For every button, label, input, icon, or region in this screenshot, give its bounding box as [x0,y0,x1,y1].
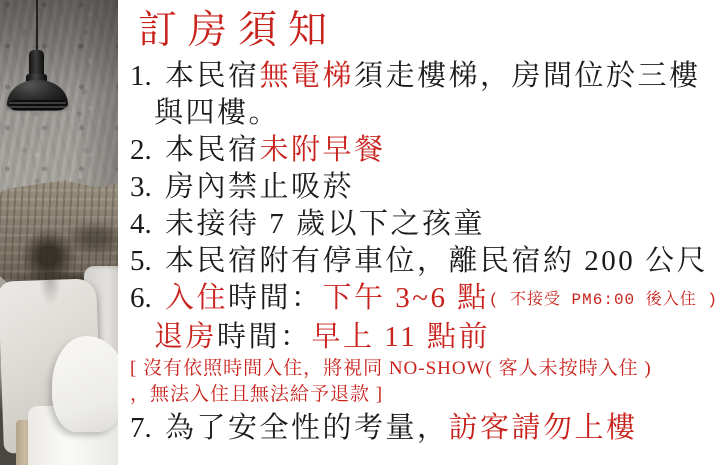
rule-5: 5.本民宿附有停車位，離民宿約 200 公尺 [130,243,720,280]
notice-title: 訂房須知 [138,6,720,56]
rule-2-highlight: 未附早餐 [260,134,386,166]
rule-6-number: 6. [130,280,154,317]
rule-7-highlight: 訪客請勿上樓 [449,412,638,444]
rule-1-text-2: 須走樓梯，房間位於三樓 [354,60,701,92]
rule-5-number: 5. [130,243,154,280]
rule-6-checkout-label: 退房 [154,321,217,353]
rule-6-late-note: ( 不接受 PM6:00 後入住 ) [489,291,718,309]
rule-7-number: 7. [130,408,154,448]
front-pillow [52,336,118,432]
booking-notice-page: 訂房須知 1.本民宿無電梯須走樓梯，房間位於三樓 與四樓。 2.本民宿未附早餐 … [0,0,720,465]
rule-3: 3.房內禁止吸菸 [130,169,720,206]
rule-2-number: 2. [130,132,154,169]
rule-3-number: 3. [130,169,154,206]
no-show-note-line-1: [ 沒有依照時間入住，將視同 NO-SHOW( 客人未按時入住 ) [130,356,720,382]
rule-5-text: 本民宿附有停車位，離民宿約 200 公尺 [165,245,708,277]
rule-6-checkout-hours: 早上 11 點前 [312,321,490,353]
pendant-lamp-rim [9,100,66,111]
pendant-lamp-cord [36,0,38,56]
notice-content: 訂房須知 1.本民宿無電梯須走樓梯，房間位於三樓 與四樓。 2.本民宿未附早餐 … [122,0,720,465]
rule-4-text: 未接待 7 歲以下之孩童 [165,208,485,240]
rule-2: 2.本民宿未附早餐 [130,132,720,169]
rule-1-number: 1. [130,58,154,95]
rule-1: 1.本民宿無電梯須走樓梯，房間位於三樓 [130,58,720,95]
rule-6: 6.入住時間：下午 3~6 點( 不接受 PM6:00 後入住 ) [130,280,720,319]
rule-3-text: 房內禁止吸菸 [165,171,354,203]
rule-4-number: 4. [130,206,154,243]
rule-1-continued-text: 與四樓。 [154,97,280,129]
rule-6-time-label: 時間： [228,282,323,314]
rule-2-text: 本民宿 [165,134,260,166]
rule-6-checkout: 退房時間：早上 11 點前 [130,319,720,356]
rule-1-highlight: 無電梯 [260,60,355,92]
no-show-note-text-1: [ 沒有依照時間入住，將視同 NO-SHOW( 客人未按時入住 ) [130,358,652,379]
rule-1-text: 本民宿 [165,60,260,92]
rule-1-continued: 與四樓。 [130,95,720,132]
rule-7: 7.為了安全性的考量，訪客請勿上樓 [130,408,720,448]
no-show-note-line-2: ，無法入住且無法給予退款 ] [130,382,720,408]
rule-6-checkin-label: 入住 [165,282,228,314]
rule-6-checkin-hours: 下午 3~6 點 [323,282,489,314]
rule-6-checkout-time-label: 時間： [217,321,312,353]
rule-4: 4.未接待 7 歲以下之孩童 [130,206,720,243]
bedroom-photo [0,0,118,465]
no-show-note-text-2: ，無法入住且無法給予退款 ] [130,384,383,405]
rule-7-text: 為了安全性的考量， [165,412,449,444]
